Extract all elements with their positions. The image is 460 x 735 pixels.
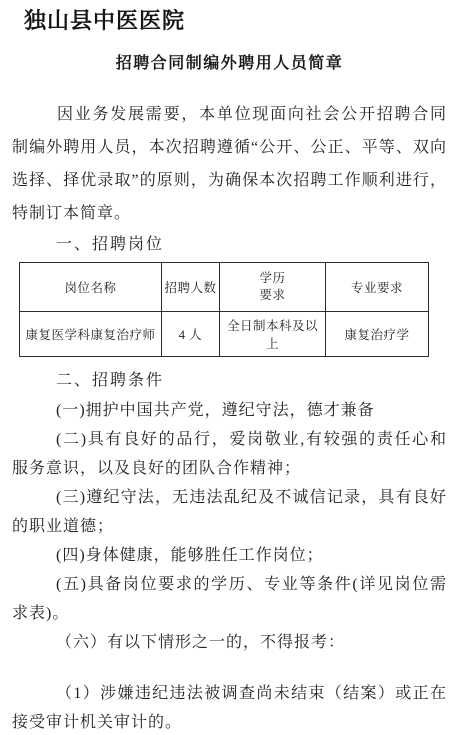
- col-header-major: 专业要求: [326, 263, 429, 312]
- condition-item-5: (五)具备岗位要求的学历、专业等条件(详见岗位需求表)。: [12, 570, 447, 628]
- page-title: 独山县中医医院: [24, 8, 447, 34]
- doc-subtitle: 招聘合同制编外聘用人员简章: [12, 54, 447, 74]
- cell-major: 康复治疗学: [326, 312, 429, 357]
- condition-item-3: (三)遵纪守法，无违法乱纪及不诚信记录，具有良好的职业道德；: [12, 483, 447, 541]
- condition-item-1: (一)拥护中国共产党，遵纪守法，德才兼备: [12, 396, 447, 425]
- section-recruitment-positions-heading: 一、招聘岗位: [12, 230, 447, 260]
- cell-position-name: 康复医学科康复治疗师: [20, 312, 162, 357]
- table-header-row: 岗位名称 招聘人数 学历 要求 专业要求: [20, 263, 429, 312]
- table-row: 康复医学科康复治疗师 4 人 全日制本科及以上 康复治疗学: [20, 312, 429, 357]
- col-header-headcount: 招聘人数: [162, 263, 220, 312]
- intro-paragraph: 因业务发展需要，本单位现面向社会公开招聘合同制编外聘用人员，本次招聘遵循“公开、…: [12, 98, 447, 230]
- document-page: 独山县中医医院 招聘合同制编外聘用人员简章 因业务发展需要，本单位现面向社会公开…: [0, 0, 460, 735]
- disqualification-item-1: （1）涉嫌违纪违法被调查尚未结束（结案）或正在接受审计机关审计的。: [12, 679, 447, 735]
- positions-table: 岗位名称 招聘人数 学历 要求 专业要求 康复医学科康复治疗师 4 人 全日制本…: [19, 262, 429, 357]
- cell-education: 全日制本科及以上: [220, 312, 326, 357]
- condition-item-4: (四)身体健康，能够胜任工作岗位；: [12, 541, 447, 570]
- col-header-position-name: 岗位名称: [20, 263, 162, 312]
- col-header-education: 学历 要求: [220, 263, 326, 312]
- section-recruitment-conditions-heading: 二、招聘条件: [12, 366, 447, 396]
- condition-item-6: （六）有以下情形之一的，不得报考：: [12, 628, 447, 657]
- condition-item-2: (二)具有良好的品行，爱岗敬业,有较强的责任心和服务意识，以及良好的团队合作精神…: [12, 425, 447, 483]
- cell-headcount: 4 人: [162, 312, 220, 357]
